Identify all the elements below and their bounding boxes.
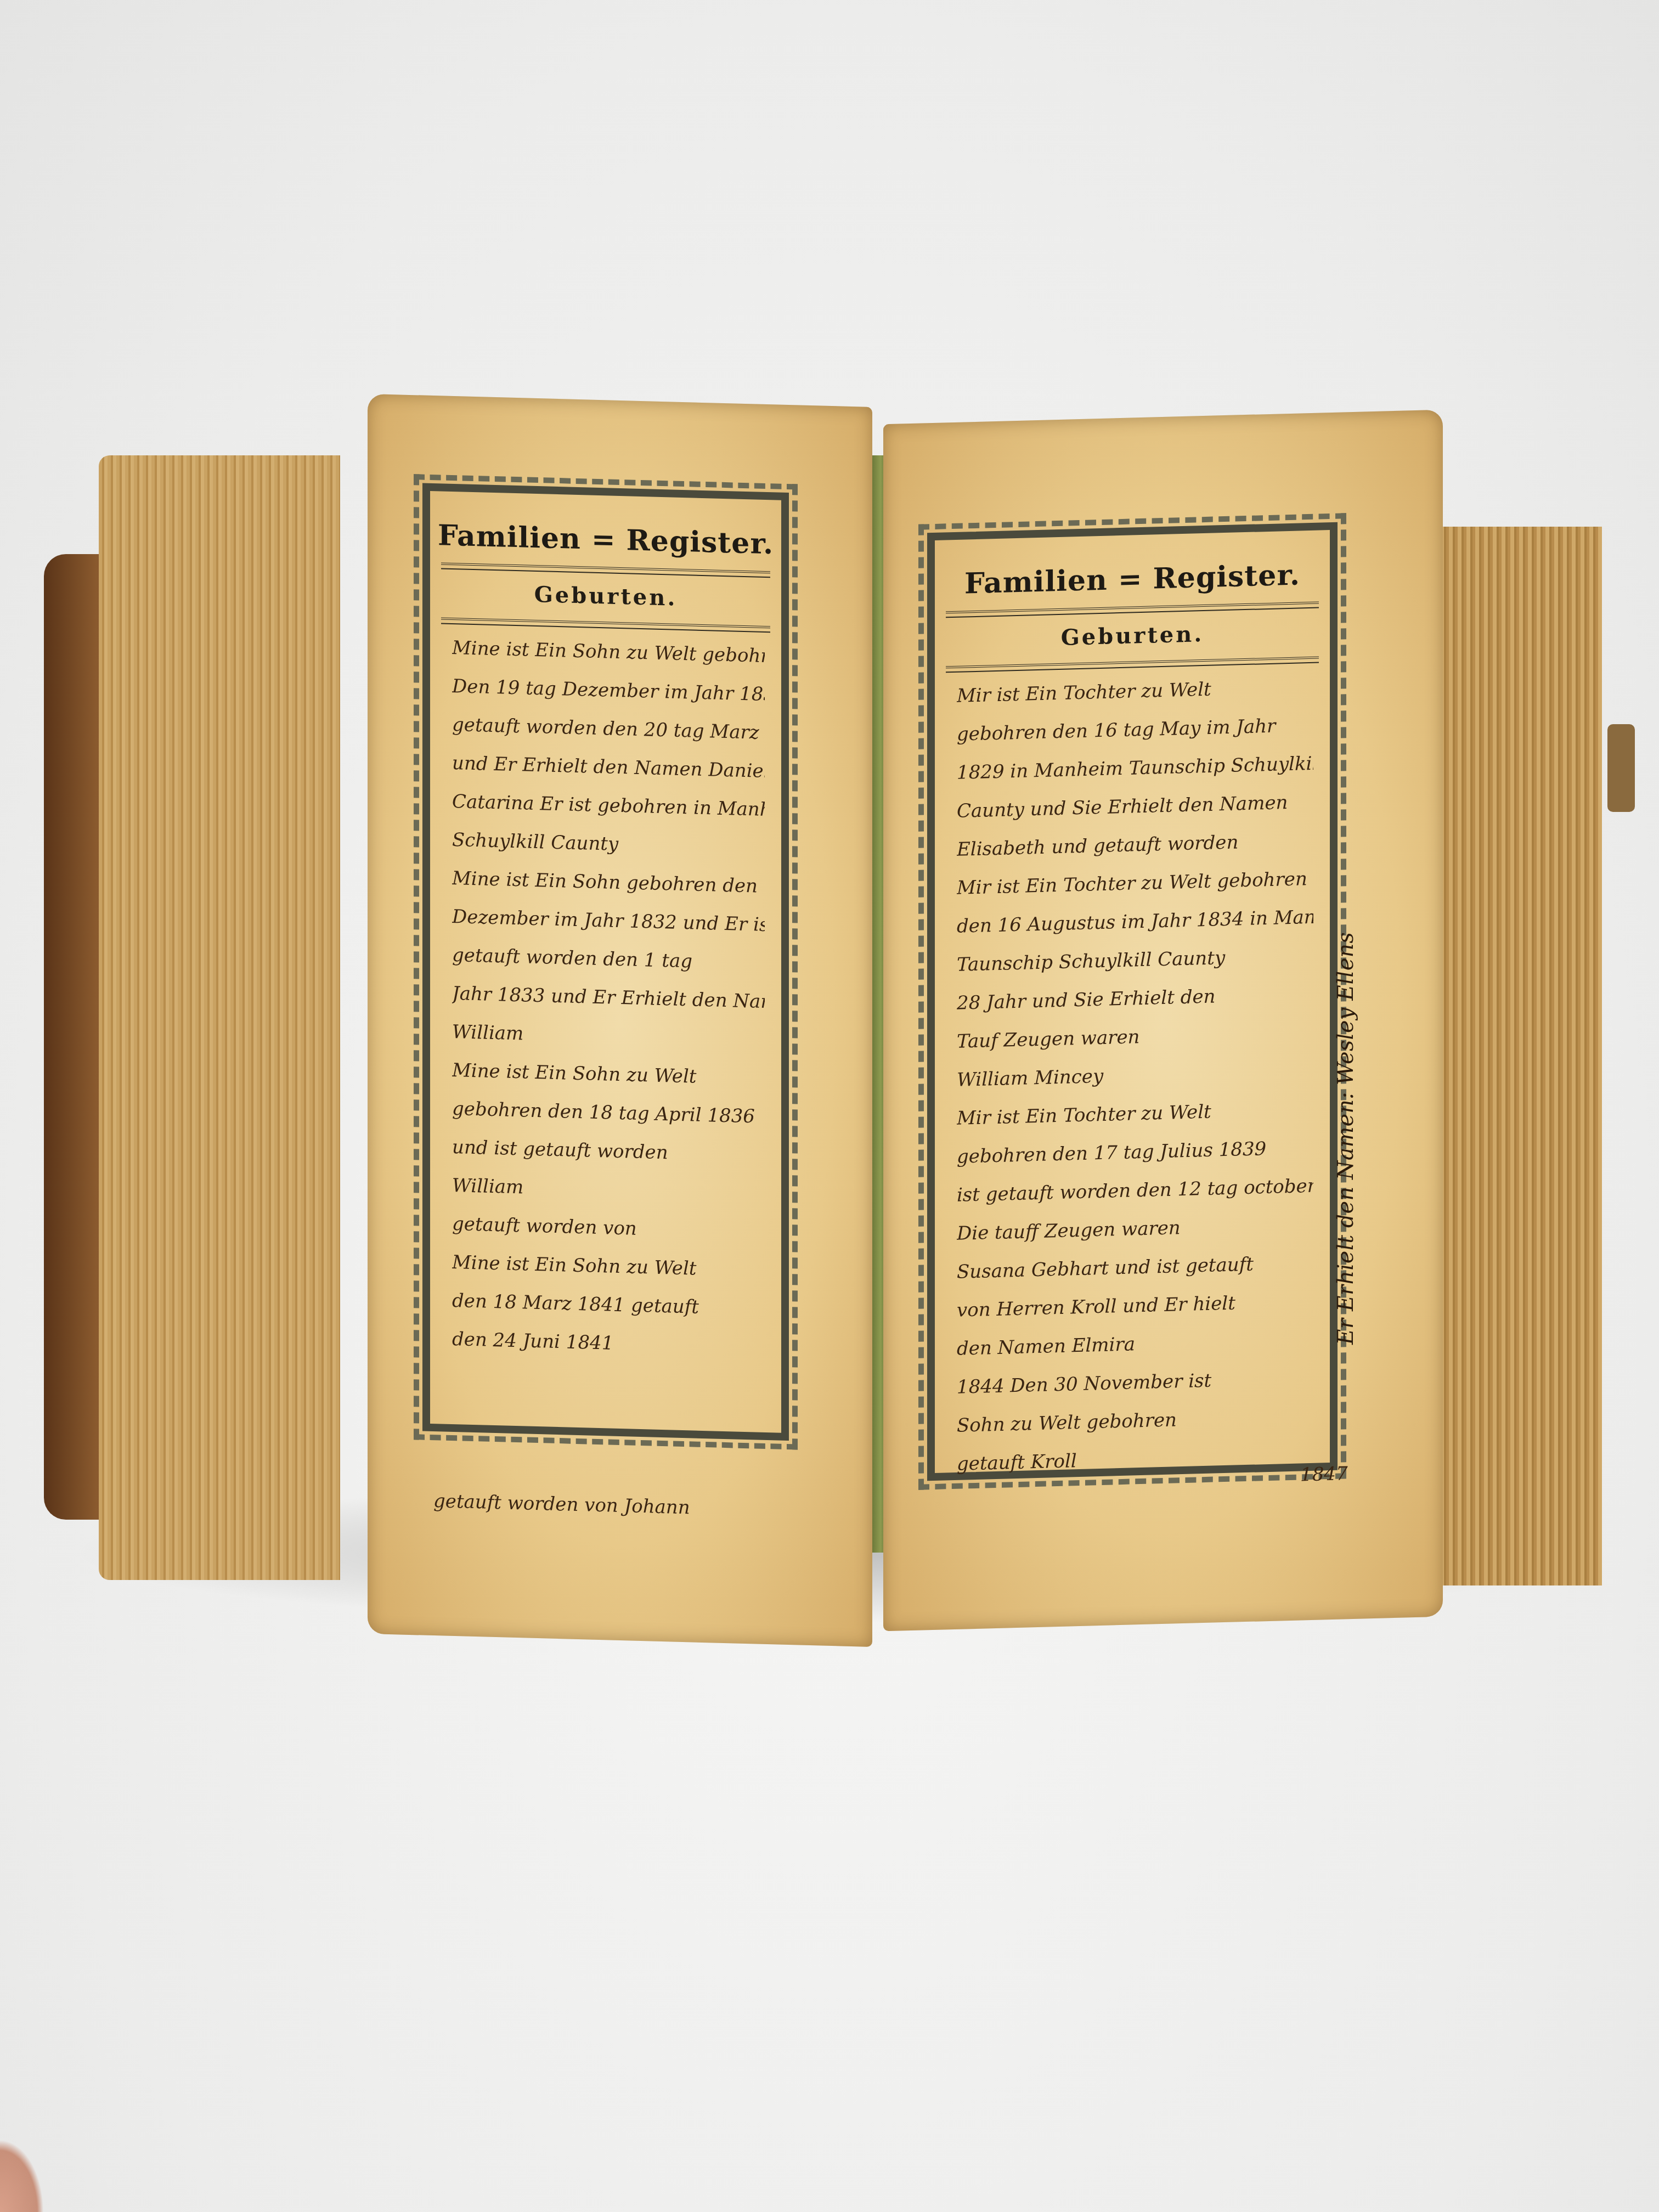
below-frame-note: getauft worden von Johann bbox=[433, 1482, 856, 1531]
leather-tab bbox=[1607, 724, 1635, 812]
year-note: 1847 bbox=[1300, 1452, 1426, 1494]
right-page: Familien = Register. Geburten. Mir ist E… bbox=[883, 410, 1443, 1632]
margin-note: Er Erhielt den Namen: Wesley Ellens bbox=[1333, 932, 1358, 1345]
left-page: Familien = Register. Geburten. Mine ist … bbox=[368, 394, 872, 1647]
entry-line: 1847 bbox=[1300, 1452, 1426, 1494]
handwritten-entries: Mir ist Ein Tochter zu Welt gebohren den… bbox=[957, 668, 1313, 1483]
hand-finger bbox=[0, 2140, 44, 2212]
handwritten-entries: Mine ist Ein Sohn zu Welt gebohren Den 1… bbox=[452, 629, 765, 1367]
decorative-border: Familien = Register. Geburten. Mir ist E… bbox=[927, 522, 1338, 1481]
title-rule bbox=[946, 602, 1319, 618]
entry-line: den 24 Juni 1841 bbox=[452, 1320, 765, 1367]
title-rule bbox=[441, 562, 770, 578]
page-title: Familien = Register. bbox=[430, 518, 781, 561]
decorative-border: Familien = Register. Geburten. Mine ist … bbox=[422, 483, 789, 1441]
section-title: Geburten. bbox=[430, 579, 781, 614]
page-title: Familien = Register. bbox=[935, 557, 1330, 601]
page-block-left bbox=[99, 455, 340, 1580]
section-title: Geburten. bbox=[935, 618, 1330, 654]
entry-line: getauft worden von Johann bbox=[433, 1482, 856, 1531]
page-block-right bbox=[1437, 527, 1602, 1585]
